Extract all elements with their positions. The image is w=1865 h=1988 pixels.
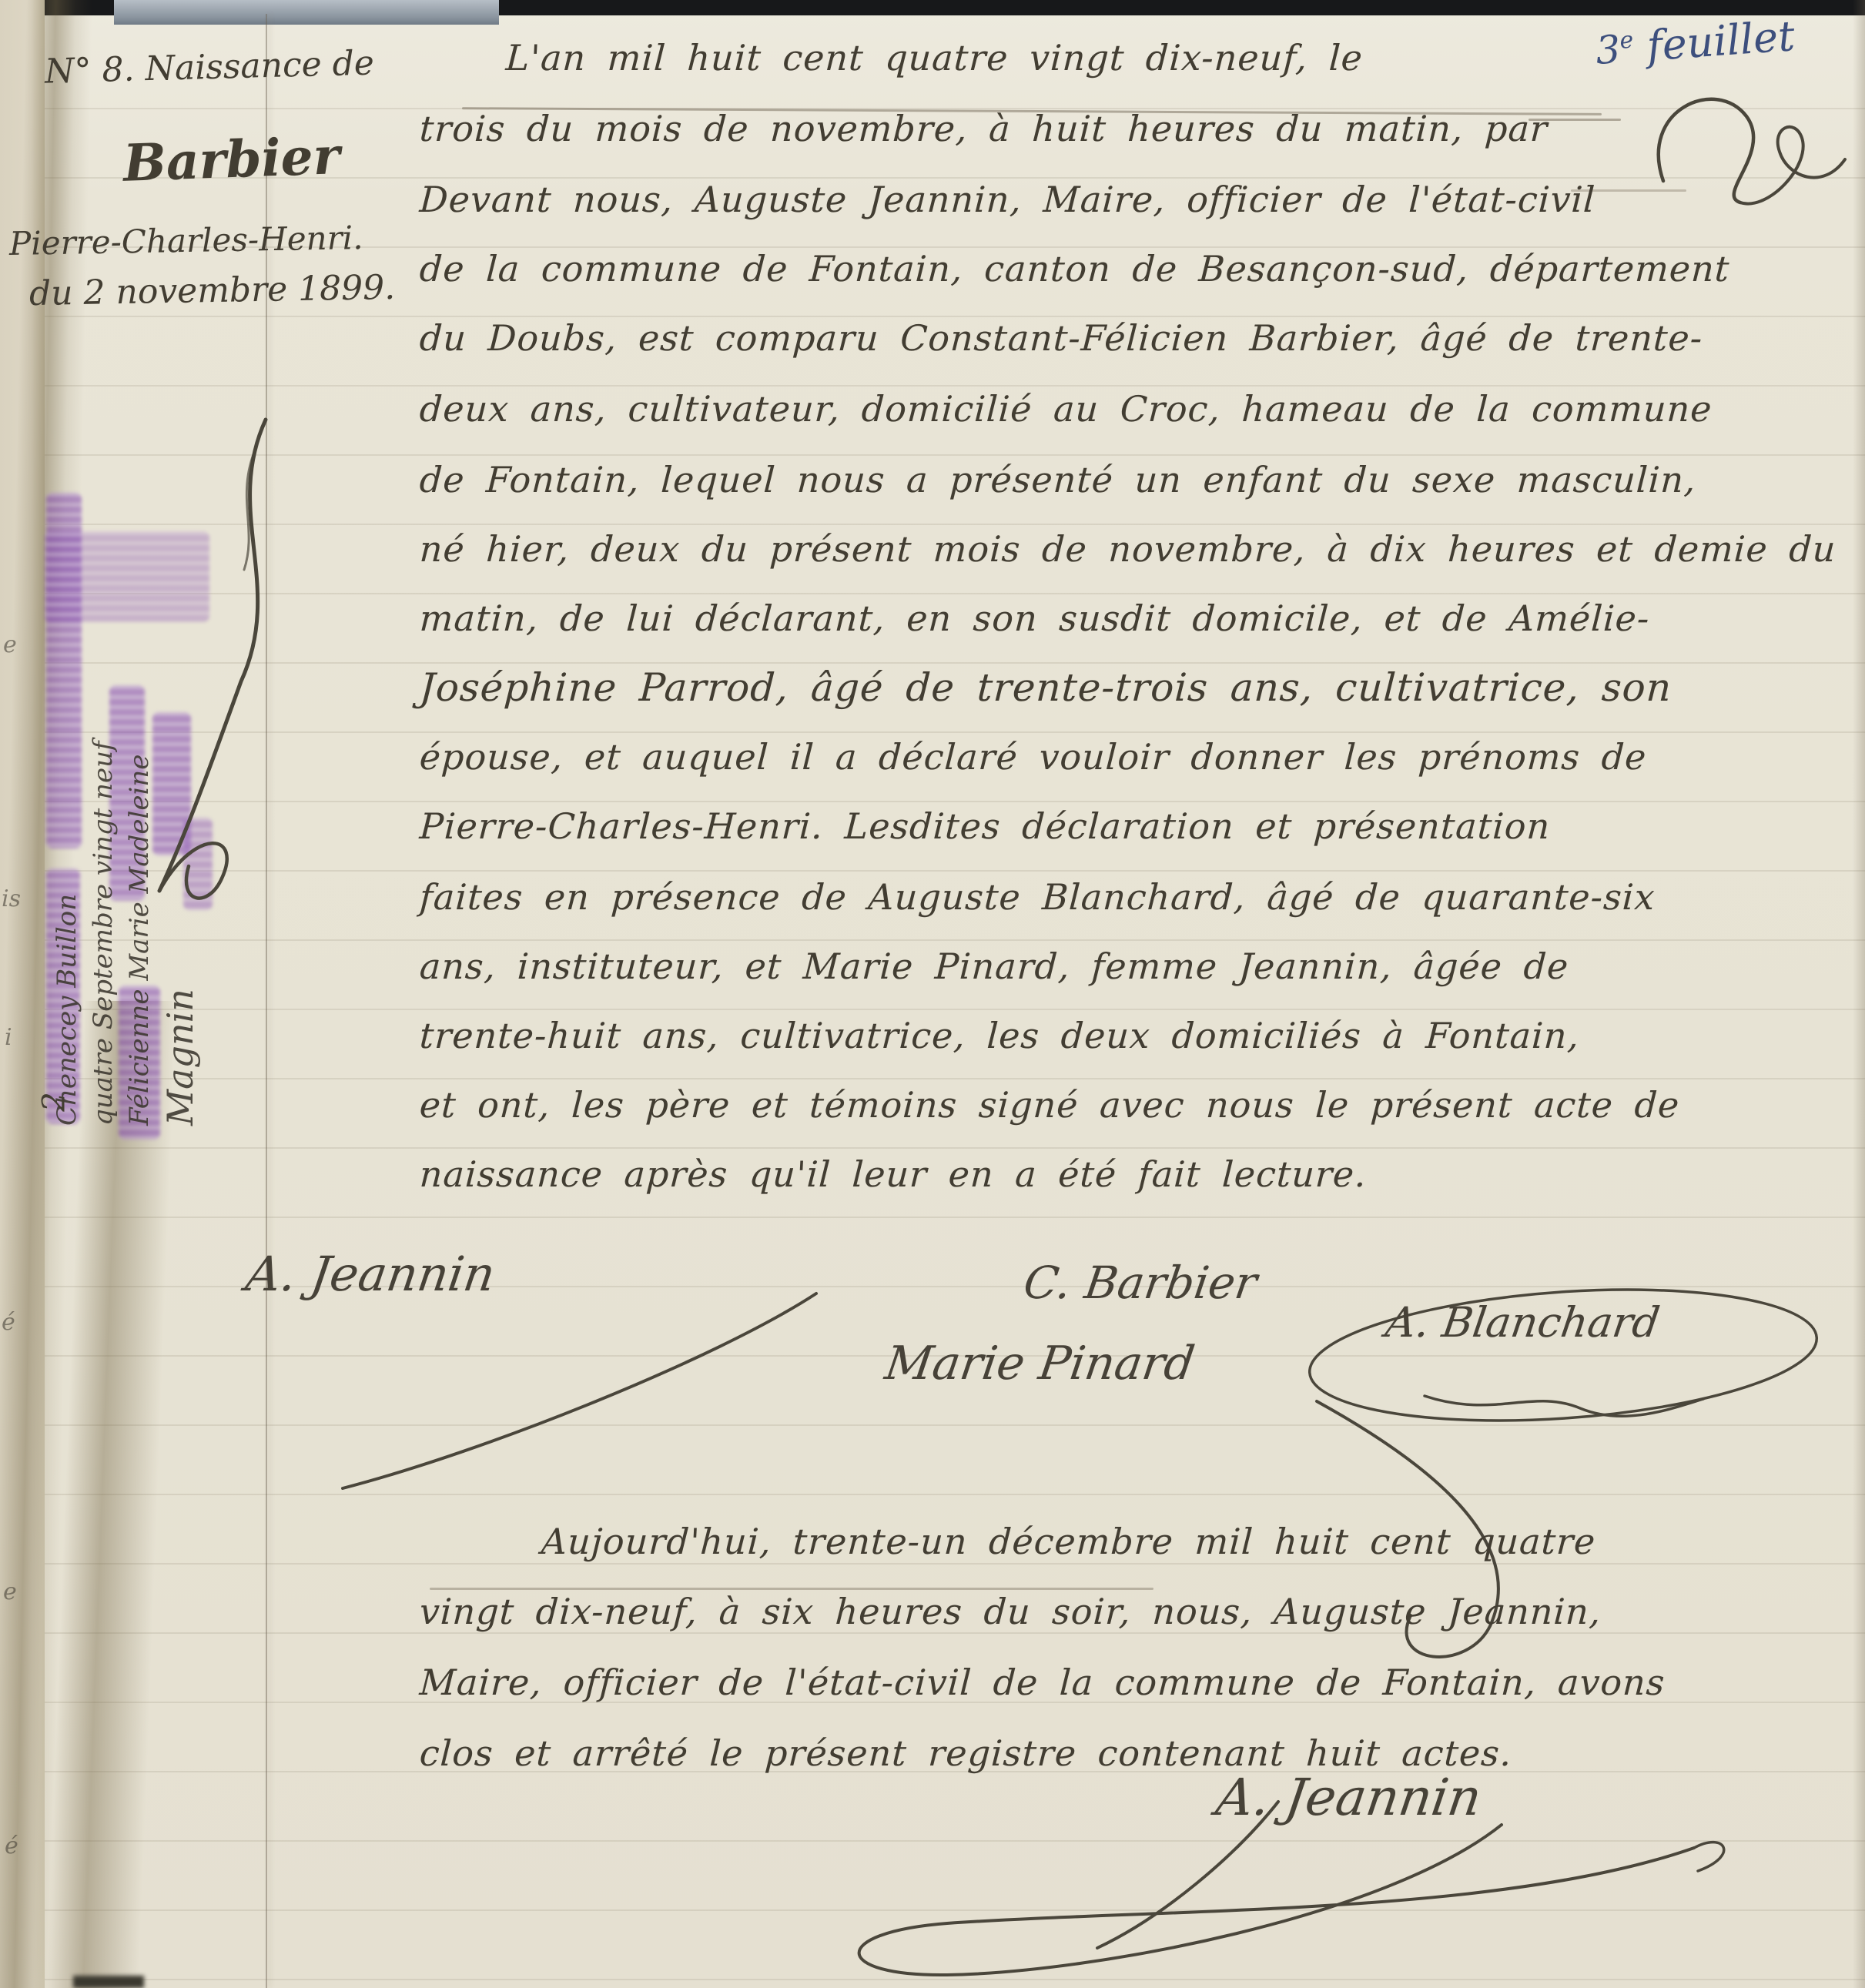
book-top-edge-highlight xyxy=(114,0,499,25)
page-right-edge-shadow xyxy=(1853,0,1865,1988)
margin-paraph-flourish xyxy=(142,404,296,920)
act-text-line: trois du mois de novembre, à huit heures… xyxy=(419,108,1549,149)
act-text-line: deux ans, cultivateur, domicilié au Croc… xyxy=(419,388,1713,430)
margin-act-date: du 2 novembre 1899. xyxy=(29,268,396,313)
closing-text-line: Aujourd'hui, trente-un décembre mil huit… xyxy=(419,1521,1597,1562)
folio-ordinal: e xyxy=(1619,27,1634,55)
signature-witness1: A. Blanchard xyxy=(1383,1298,1663,1347)
margin-note-line: quatre Septembre vingt neuf xyxy=(85,471,122,1126)
act-text-line: matin, de lui déclarant, en son susdit d… xyxy=(419,597,1651,639)
signature-witness2: Marie Pinard xyxy=(882,1337,1198,1391)
act-text-line: Pierre-Charles-Henri. Lesdites déclarati… xyxy=(419,805,1552,847)
act-text-line: né hier, deux du présent mois de novembr… xyxy=(419,528,1837,570)
pencil-underline-closing xyxy=(430,1588,1153,1590)
signature-closing-flourish xyxy=(693,1794,1771,1988)
margin-note-line: Chenecey Buillon xyxy=(49,471,85,1126)
act-text-line: et ont, les père et témoins signé avec n… xyxy=(419,1084,1681,1126)
signature-declarant: C. Barbier xyxy=(1020,1257,1260,1309)
edge-text-fragment: é xyxy=(2,1309,15,1336)
act-text-line: trente-huit ans, cultivatrice, les deux … xyxy=(419,1015,1581,1056)
edge-text-fragment: e xyxy=(3,631,17,658)
act-text-line: de Fontain, lequel nous a présenté un en… xyxy=(419,459,1698,500)
edge-text-fragment: is xyxy=(2,885,21,912)
margin-surname: Barbier xyxy=(122,126,341,193)
act-text-line: Joséphine Parrod, âgé de trente-trois an… xyxy=(418,665,1672,710)
act-text-line: L'an mil huit cent quatre vingt dix-neuf… xyxy=(419,37,1364,79)
bottom-edge-mark xyxy=(73,1976,144,1988)
edge-text-fragment: i xyxy=(5,1024,12,1051)
margin-corner-mark: 2 xyxy=(37,1092,72,1111)
act-text-line: naissance après qu'il leur en a été fait… xyxy=(419,1153,1368,1195)
edge-text-fragment: é xyxy=(5,1832,18,1859)
closing-text-line: vingt dix-neuf, à six heures du soir, no… xyxy=(419,1591,1602,1632)
closing-text-line: Maire, officier de l'état-civil de la co… xyxy=(419,1662,1666,1703)
act-text-line: ans, instituteur, et Marie Pinard, femme… xyxy=(419,945,1570,987)
folio-number: 3 xyxy=(1594,27,1622,73)
margin-fold-line xyxy=(266,14,267,1988)
act-text-line: Devant nous, Auguste Jeannin, Maire, off… xyxy=(419,179,1597,220)
act-text-line: épouse, et auquel il a déclaré vouloir d… xyxy=(419,736,1648,778)
mayor-paraph-flourish xyxy=(1625,65,1856,227)
edge-text-fragment: e xyxy=(3,1578,17,1605)
folio-word: feuillet xyxy=(1646,12,1796,70)
act-text-line: de la commune de Fontain, canton de Besa… xyxy=(419,248,1731,289)
register-page-scan: e is i é e é N° 8. Naissance de Barbier … xyxy=(0,0,1865,1988)
margin-given-names: Pierre-Charles-Henri. xyxy=(9,219,363,263)
act-text-line: faites en présence de Auguste Blanchard,… xyxy=(419,876,1656,918)
signature-officer-flourish xyxy=(308,1270,847,1501)
act-text-line: du Doubs, est comparu Constant-Félicien … xyxy=(419,317,1704,359)
